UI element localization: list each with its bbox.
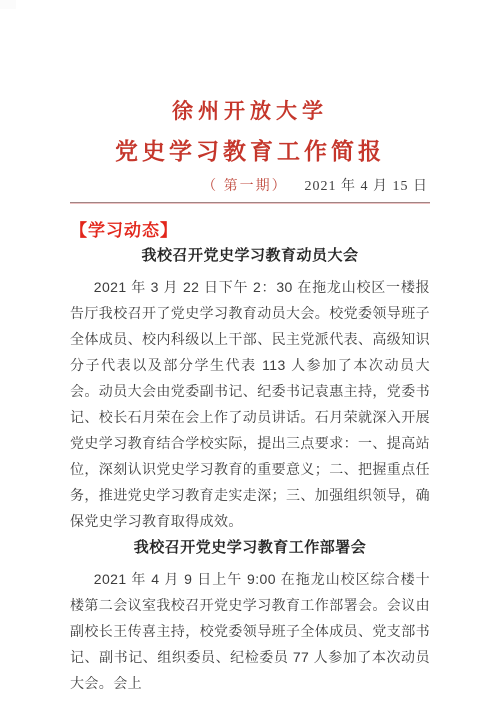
document-title: 党史学习教育工作简报 (70, 139, 430, 165)
article-paragraph: 2021 年 4 月 9 日上午 9:00 在拖龙山校区综合楼十楼第二会议室我校… (70, 566, 430, 696)
article-deployment-meeting: 我校召开党史学习教育工作部署会 2021 年 4 月 9 日上午 9:00 在拖… (70, 539, 430, 696)
organization-title: 徐州开放大学 (70, 99, 430, 123)
issue-date: 2021 年 4 月 15 日 (305, 178, 429, 195)
document-header: 徐州开放大学 党史学习教育工作简报 （ 第一期） 2021 年 4 月 15 日 (70, 99, 430, 203)
article-title: 我校召开党史学习教育动员大会 (70, 247, 430, 265)
article-mobilization-meeting: 我校召开党史学习教育动员大会 2021 年 3 月 22 日下午 2：30 在拖… (70, 247, 430, 534)
header-divider (70, 202, 430, 203)
document-body: 【学习动态】 我校召开党史学习教育动员大会 2021 年 3 月 22 日下午 … (70, 221, 430, 696)
briefing-page: 徐州开放大学 党史学习教育工作简报 （ 第一期） 2021 年 4 月 15 日… (0, 99, 500, 696)
issue-row: （ 第一期） 2021 年 4 月 15 日 (70, 178, 430, 195)
article-title: 我校召开党史学习教育工作部署会 (70, 539, 430, 557)
scan-artifact (0, 0, 16, 9)
issue-number: （ 第一期） (202, 178, 288, 195)
article-paragraph: 2021 年 3 月 22 日下午 2：30 在拖龙山校区一楼报告厅我校召开了党… (70, 274, 430, 534)
section-label: 【学习动态】 (70, 221, 430, 241)
